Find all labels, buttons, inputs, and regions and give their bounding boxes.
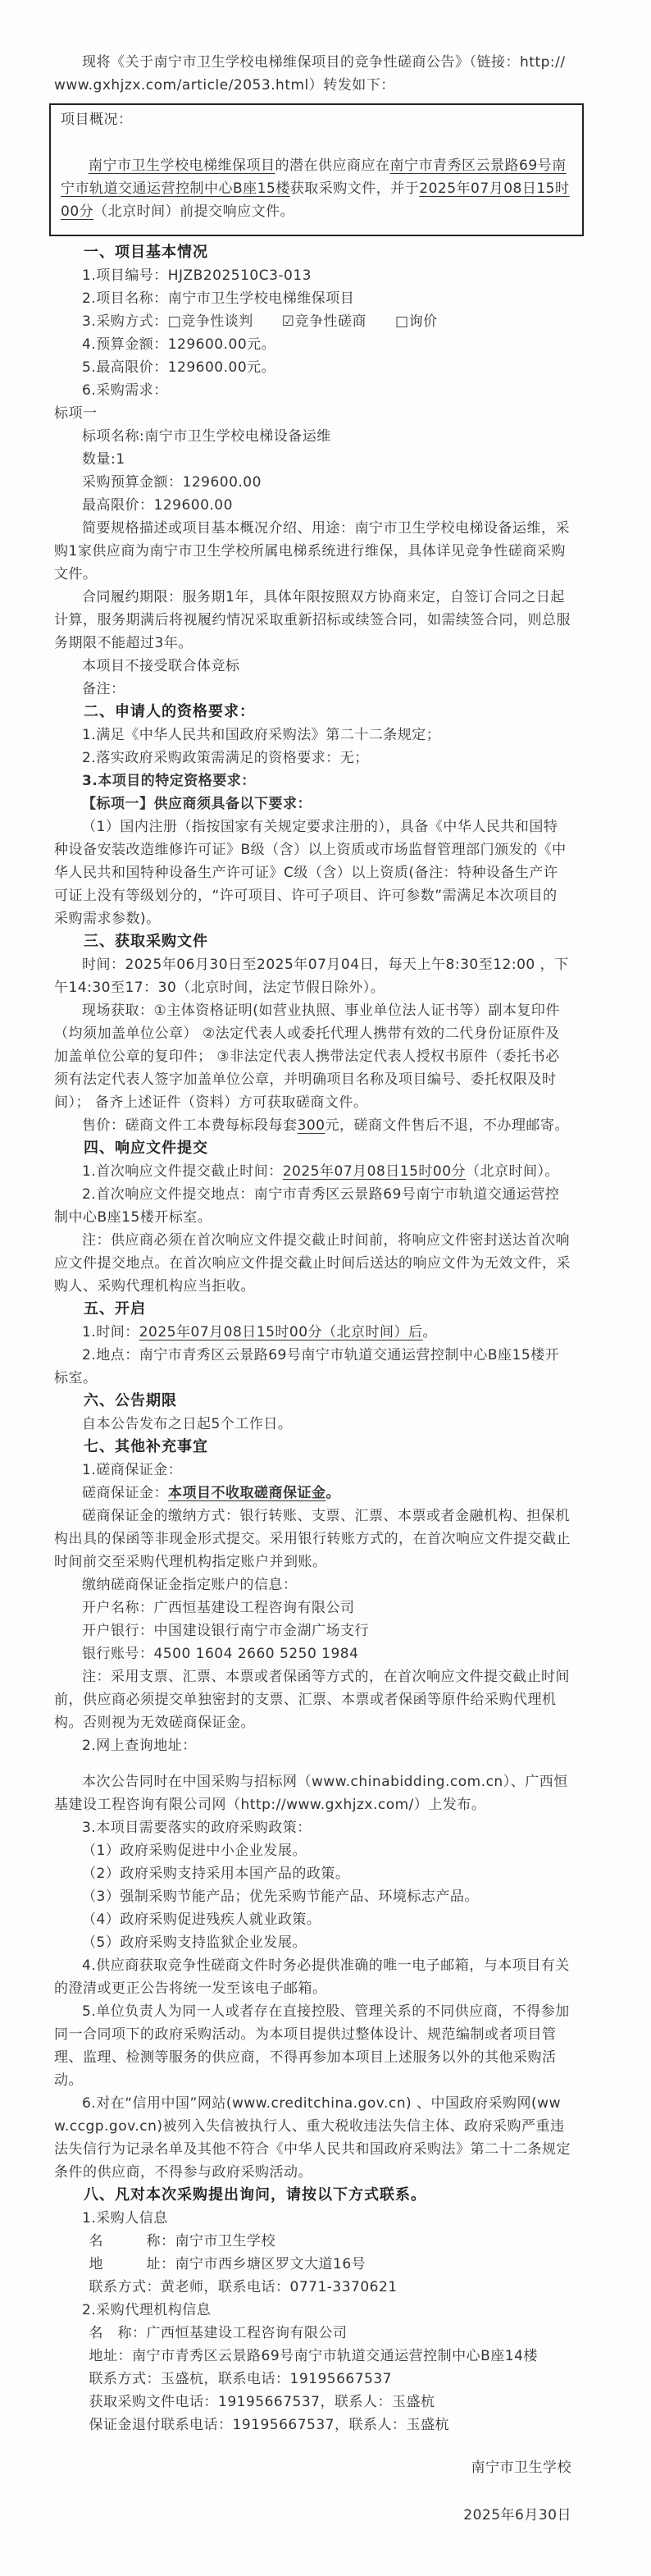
text-run: 本项目不接受联合体竞标 bbox=[82, 658, 240, 674]
procurement-demand-label: 6.采购需求： bbox=[54, 379, 571, 402]
deposit-label: 1.磋商保证金： bbox=[54, 1459, 571, 1482]
project-overview-box: 项目概况：南宁市卫生学校电梯维保项目的潜在供应商应在南宁市青秀区云景路69号南宁… bbox=[49, 103, 584, 236]
text-run: 联系方式：黄老师，联系电话：0771-3370621 bbox=[89, 2279, 398, 2295]
document-price: 售价：磋商文件工本费每标段每套300元，磋商文件售后不退，不办理邮寄。 bbox=[54, 1114, 571, 1137]
text-run: 一、项目基本情况 bbox=[84, 244, 208, 261]
text-run: 开户银行：中国建设银行南宁市金湖广场支行 bbox=[82, 1623, 369, 1639]
email-note: 4.供应商获取竞争性磋商文件时务必提供准确的唯一电子邮箱，与本项目有关的澄清或更… bbox=[54, 1954, 571, 2000]
contract-term: 合同履约期限：服务期1年，具体年限按照双方协商来定，自签订合同之日起计算，服务期… bbox=[54, 586, 571, 655]
text-run: （1）国内注册（指按国家有关规定要求注册的），具备《中华人民共和国特种设备安装改… bbox=[54, 819, 567, 927]
text-run: 项目概况： bbox=[61, 112, 133, 128]
text-run: 银行账号：4500 1604 2660 5250 1984 bbox=[82, 1646, 358, 1662]
policy-3: （3）强制采购节能产品；优先采购节能产品、环境标志产品。 bbox=[54, 1885, 571, 1908]
text-run: 1.磋商保证金： bbox=[82, 1462, 182, 1478]
overview-paragraph: 南宁市卫生学校电梯维保项目的潜在供应商应在南宁市青秀区云景路69号南宁市轨道交通… bbox=[61, 154, 574, 223]
purchaser-name: 名 称：南宁市卫生学校 bbox=[54, 2230, 571, 2253]
section-8-heading: 八、凡对本次采购提出询问，请按以下方式联系。 bbox=[54, 2184, 571, 2207]
text-run: 备注： bbox=[82, 681, 125, 697]
text-run: 5.最高限价：129600.00元。 bbox=[82, 359, 275, 376]
text-run: 三、获取采购文件 bbox=[84, 933, 208, 950]
text-run: 竞争性谈判 bbox=[181, 313, 282, 330]
publish-websites: 本次公告同时在中国采购与招标网（www.chinabidding.com.cn）… bbox=[54, 1770, 571, 1816]
text-run: 现场获取：①主体资格证明(如营业执照、事业单位法人证书等）副本复印件（均须加盖单… bbox=[54, 1003, 560, 1111]
text-run: 标项一 bbox=[54, 405, 98, 422]
max-price: 5.最高限价：129600.00元。 bbox=[54, 356, 571, 379]
text-run: 时间：2025年06月30日至2025年07月04日，每天上午8:30至12:0… bbox=[54, 957, 569, 996]
account-bank: 开户银行：中国建设银行南宁市金湖广场支行 bbox=[54, 1619, 571, 1642]
purchaser-contact: 联系方式：黄老师，联系电话：0771-3370621 bbox=[54, 2276, 571, 2299]
text-run: 2025年07月08日15时00分（北京时间）后 bbox=[139, 1324, 423, 1341]
text-run: 2.首次响应文件提交地点：南宁市青秀区云景路69号南宁市轨道交通运营控制中心B座… bbox=[54, 1186, 559, 1226]
text-run: （北京时间）前提交响应文件。 bbox=[93, 203, 294, 220]
project-name: 2.项目名称：南宁市卫生学校电梯维保项目 bbox=[54, 287, 571, 310]
text-run: 5.单位负责人为同一人或者存在直接控股、管理关系的不同供应商，不得参加同一合同项… bbox=[54, 2003, 570, 2089]
remark-label: 备注： bbox=[54, 678, 571, 701]
lot-1-requirement-heading: 【标项一】供应商须具备以下要求： bbox=[54, 792, 571, 815]
text-run: 1.满足《中华人民共和国政府采购法》第二十二条规定； bbox=[82, 727, 440, 743]
text-run: 南宁市卫生学校 bbox=[471, 2460, 572, 2476]
document-obtain-phone: 获取采购文件电话：19195667537，联系人：玉盛杭 bbox=[54, 2391, 571, 2414]
text-run: 现将《关于南宁市卫生学校电梯维保项目的竞争性磋商公告》（链接：http://ww… bbox=[54, 54, 566, 94]
project-number: 1.项目编号：HJZB202510C3-013 bbox=[54, 264, 571, 287]
policy-label: 3.本项目需要落实的政府采购政策： bbox=[54, 1816, 571, 1839]
text-run: 采购预算金额：129600.00 bbox=[82, 474, 262, 491]
text-run: 八、凡对本次采购提出询问，请按以下方式联系。 bbox=[84, 2186, 426, 2204]
section-4-heading: 四、响应文件提交 bbox=[54, 1137, 571, 1160]
text-run: 自本公告发布之日起5个工作日。 bbox=[82, 1416, 292, 1432]
lot-1-budget: 采购预算金额：129600.00 bbox=[54, 471, 571, 494]
budget-amount: 4.预算金额：129600.00元。 bbox=[54, 333, 571, 356]
text-run: 2025年6月30日 bbox=[463, 2507, 571, 2523]
text-run: 合同履约期限：服务期1年，具体年限按照双方协商来定，自签订合同之日起计算，服务期… bbox=[54, 589, 571, 651]
credit-china-note: 6.对在“信用中国”网站(www.creditchina.gov.cn) 、中国… bbox=[54, 2092, 571, 2184]
lot-1-name: 标项名称:南宁市卫生学校电梯设备运维 bbox=[54, 425, 571, 448]
issuer-signature: 南宁市卫生学校 bbox=[54, 2456, 571, 2479]
text-run: 联系方式：玉盛杭，联系电话：19195667537 bbox=[89, 2371, 392, 2387]
agency-name: 名 称：广西恒基建设工程咨询有限公司 bbox=[54, 2322, 571, 2345]
announcement-period: 自本公告发布之日起5个工作日。 bbox=[54, 1413, 571, 1436]
purchaser-info-label: 1.采购人信息 bbox=[54, 2207, 571, 2230]
purchaser-address: 地 址：南宁市西乡塘区罗文大道16号 bbox=[54, 2253, 571, 2276]
text-run: （1）政府采购促进中小企业发展。 bbox=[82, 1843, 307, 1859]
text-run: 二、申请人的资格要求： bbox=[84, 703, 255, 720]
checkbox-consultation-checked: ☑ bbox=[282, 313, 295, 330]
text-run: 缴纳磋商保证金指定账户的信息： bbox=[82, 1577, 298, 1593]
spacer-before-date bbox=[54, 2479, 571, 2504]
lot-1-requirement-detail: （1）国内注册（指按国家有关规定要求注册的），具备《中华人民共和国特种设备安装改… bbox=[54, 815, 571, 930]
lot-1-description: 简要规格描述或项目基本概况介绍、用途：南宁市卫生学校电梯设备运维，采购1家供应商… bbox=[54, 517, 571, 586]
submission-note: 注：供应商必须在首次响应文件提交截止时间前，将响应文件密封送达首次响应文件提交地… bbox=[54, 1229, 571, 1298]
text-run: 最高限价：129600.00 bbox=[82, 497, 233, 514]
deposit-note: 注：采用支票、汇票、本票或者保函等方式的，在首次响应文件提交截止时间前，供应商必… bbox=[54, 1665, 571, 1734]
section-1-heading: 一、项目基本情况 bbox=[54, 241, 571, 264]
policy-2: （2）政府采购支持采用本国产品的政策。 bbox=[54, 1862, 571, 1885]
qualification-2: 2.落实政府采购政策需满足的资格要求：无； bbox=[54, 747, 571, 770]
deposit-refund-phone: 保证金退付联系电话：19195667537，联系人：玉盛杭 bbox=[54, 2414, 571, 2437]
deposit-statement: 磋商保证金：本项目不收取磋商保证金。 bbox=[54, 1482, 571, 1505]
policy-1: （1）政府采购促进中小企业发展。 bbox=[54, 1839, 571, 1862]
opening-place: 2.地点：南宁市青秀区云景路69号南宁市轨道交通运营控制中心B座15楼开标室。 bbox=[54, 1344, 571, 1390]
text-run: 七、其他补充事宜 bbox=[84, 1438, 208, 1455]
online-query-label: 2.网上查询地址： bbox=[54, 1734, 571, 1757]
agency-address: 地址：南宁市青秀区云景路69号南宁市轨道交通运营控制中心B座14楼 bbox=[54, 2345, 571, 2368]
text-run: 开户名称：广西恒基建设工程咨询有限公司 bbox=[82, 1600, 355, 1616]
text-run: 注：供应商必须在首次响应文件提交截止时间前，将响应文件密封送达首次响应文件提交地… bbox=[54, 1232, 571, 1295]
text-run: 本次公告同时在中国采购与招标网（www.chinabidding.com.cn）… bbox=[54, 1774, 568, 1813]
section-7-heading: 七、其他补充事宜 bbox=[54, 1436, 571, 1459]
spacer-before-signature bbox=[54, 2437, 571, 2456]
policy-5: （5）政府采购支持监狱企业发展。 bbox=[54, 1931, 571, 1954]
text-run: 2.网上查询地址： bbox=[82, 1738, 197, 1754]
account-name: 开户名称：广西恒基建设工程咨询有限公司 bbox=[54, 1596, 571, 1619]
document-obtain-time: 时间：2025年06月30日至2025年07月04日，每天上午8:30至12:0… bbox=[54, 953, 571, 999]
text-run: 4.预算金额：129600.00元。 bbox=[82, 336, 275, 353]
checkbox-negotiation-unchecked: □ bbox=[168, 313, 182, 330]
text-run: 数量:1 bbox=[82, 451, 125, 468]
lot-1-quantity: 数量:1 bbox=[54, 448, 571, 471]
text-run: 标项名称:南宁市卫生学校电梯设备运维 bbox=[82, 428, 331, 445]
text-run: 磋商保证金的缴纳方式：银行转账、支票、汇票、本票或者金融机构、担保机构出具的保函… bbox=[54, 1508, 571, 1570]
submission-deadline: 1.首次响应文件提交截止时间：2025年07月08日15时00分（北京时间）。 bbox=[54, 1160, 571, 1183]
section-3-heading: 三、获取采购文件 bbox=[54, 930, 571, 953]
text-run: 地址：南宁市青秀区云景路69号南宁市轨道交通运营控制中心B座14楼 bbox=[89, 2348, 538, 2364]
policy-4: （4）政府采购促进残疾人就业政策。 bbox=[54, 1908, 571, 1931]
text-run: 售价：磋商文件工本费每标段每套 bbox=[82, 1117, 298, 1134]
onsite-obtain-requirements: 现场获取：①主体资格证明(如营业执照、事业单位法人证书等）副本复印件（均须加盖单… bbox=[54, 999, 571, 1114]
text-run: 3.采购方式： bbox=[82, 313, 168, 330]
text-run: 本项目不收取磋商保证金 bbox=[168, 1485, 326, 1501]
section-6-heading: 六、公告期限 bbox=[54, 1390, 571, 1413]
text-run: （3）强制采购节能产品；优先采购节能产品、环境标志产品。 bbox=[82, 1889, 479, 1905]
document-body: 现将《关于南宁市卫生学校电梯维保项目的竞争性磋商公告》（链接：http://ww… bbox=[54, 51, 571, 2527]
checkbox-inquiry-unchecked: □ bbox=[395, 313, 409, 330]
spacer-online-query bbox=[54, 1757, 571, 1770]
text-run: 磋商保证金： bbox=[82, 1485, 168, 1501]
issue-date: 2025年6月30日 bbox=[54, 2504, 571, 2527]
text-run: 五、开启 bbox=[84, 1300, 146, 1318]
overview-title: 项目概况： bbox=[61, 108, 574, 131]
text-run: 6.对在“信用中国”网站(www.creditchina.gov.cn) 、中国… bbox=[54, 2095, 571, 2181]
agency-info-label: 2.采购代理机构信息 bbox=[54, 2299, 571, 2322]
deposit-payment-method: 磋商保证金的缴纳方式：银行转账、支票、汇票、本票或者金融机构、担保机构出具的保函… bbox=[54, 1505, 571, 1573]
section-5-heading: 五、开启 bbox=[54, 1298, 571, 1321]
text-run: 1.首次响应文件提交截止时间： bbox=[82, 1163, 283, 1180]
overview-spacer bbox=[61, 131, 574, 154]
account-number: 银行账号：4500 1604 2660 5250 1984 bbox=[54, 1642, 571, 1665]
text-run: 2.落实政府采购政策需满足的资格要求：无； bbox=[82, 750, 369, 766]
lot-1-label: 标项一 bbox=[54, 402, 571, 425]
text-run: 地 址：南宁市西乡塘区罗文大道16号 bbox=[89, 2256, 366, 2272]
text-run: 竞争性磋商 bbox=[295, 313, 396, 330]
text-run: 保证金退付联系电话：19195667537，联系人：玉盛杭 bbox=[89, 2417, 449, 2433]
text-run: 获取采购文件电话：19195667537，联系人：玉盛杭 bbox=[89, 2394, 435, 2410]
text-run: 3.本项目的特定资格要求： bbox=[82, 773, 256, 789]
text-run: （2）政府采购支持采用本国产品的政策。 bbox=[82, 1866, 349, 1882]
text-run: 【标项一】供应商须具备以下要求： bbox=[82, 796, 312, 812]
submission-place: 2.首次响应文件提交地点：南宁市青秀区云景路69号南宁市轨道交通运营控制中心B座… bbox=[54, 1183, 571, 1229]
text-run: 元，磋商文件售后不退，不办理邮寄。 bbox=[325, 1117, 569, 1134]
text-run: 4.供应商获取竞争性磋商文件时务必提供准确的唯一电子邮箱，与本项目有关的澄清或更… bbox=[54, 1957, 570, 1997]
text-run: 2.项目名称：南宁市卫生学校电梯维保项目 bbox=[82, 290, 354, 307]
text-run: 1.采购人信息 bbox=[82, 2210, 168, 2227]
text-run: 1.时间： bbox=[82, 1324, 139, 1341]
qualification-1: 1.满足《中华人民共和国政府采购法》第二十二条规定； bbox=[54, 724, 571, 747]
qualification-3-label: 3.本项目的特定资格要求： bbox=[54, 770, 571, 792]
text-run: 2.地点：南宁市青秀区云景路69号南宁市轨道交通运营控制中心B座15楼开标室。 bbox=[54, 1347, 559, 1386]
account-info-label: 缴纳磋商保证金指定账户的信息： bbox=[54, 1573, 571, 1596]
text-run: 2.采购代理机构信息 bbox=[82, 2302, 211, 2318]
text-run: 300 bbox=[298, 1117, 325, 1134]
procurement-method: 3.采购方式：□竞争性谈判 ☑竞争性磋商 □询价 bbox=[54, 310, 571, 333]
text-run: 获取采购文件，并于 bbox=[290, 180, 420, 197]
text-run: 注：采用支票、汇票、本票或者保函等方式的，在首次响应文件提交截止时间前，供应商必… bbox=[54, 1669, 570, 1731]
text-run: 名 称：广西恒基建设工程咨询有限公司 bbox=[89, 2325, 348, 2341]
lot-1-max-price: 最高限价：129600.00 bbox=[54, 494, 571, 517]
text-run: 。 bbox=[326, 1485, 341, 1501]
text-run: 名 称：南宁市卫生学校 bbox=[89, 2233, 276, 2249]
text-run: （5）政府采购支持监狱企业发展。 bbox=[82, 1934, 307, 1951]
agency-contact: 联系方式：玉盛杭，联系电话：19195667537 bbox=[54, 2368, 571, 2391]
section-2-heading: 二、申请人的资格要求： bbox=[54, 701, 571, 724]
text-run: 六、公告期限 bbox=[84, 1392, 177, 1409]
text-run: 的潜在供应商应在 bbox=[275, 158, 390, 174]
forward-intro: 现将《关于南宁市卫生学校电梯维保项目的竞争性磋商公告》（链接：http://ww… bbox=[54, 51, 571, 97]
text-run: 3.本项目需要落实的政府采购政策： bbox=[82, 1820, 312, 1836]
text-run: 简要规格描述或项目基本概况介绍、用途：南宁市卫生学校电梯设备运维，采购1家供应商… bbox=[54, 520, 570, 582]
text-run: 6.采购需求： bbox=[82, 382, 168, 399]
text-run: 四、响应文件提交 bbox=[84, 1140, 208, 1157]
text-run: 南宁市卫生学校电梯维保项目 bbox=[89, 158, 275, 174]
no-consortium-note: 本项目不接受联合体竞标 bbox=[54, 655, 571, 678]
document-page: 现将《关于南宁市卫生学校电梯维保项目的竞争性磋商公告》（链接：http://ww… bbox=[0, 0, 651, 2576]
text-run: （北京时间）。 bbox=[466, 1163, 559, 1180]
text-run: （4）政府采购促进残疾人就业政策。 bbox=[82, 1911, 321, 1928]
text-run: 询价 bbox=[409, 313, 438, 330]
text-run: 2025年07月08日15时00分 bbox=[283, 1163, 466, 1180]
conflict-note: 5.单位负责人为同一人或者存在直接控股、管理关系的不同供应商，不得参加同一合同项… bbox=[54, 2000, 571, 2092]
text-run: 1.项目编号：HJZB202510C3-013 bbox=[82, 267, 312, 284]
text-run: 。 bbox=[423, 1324, 438, 1341]
opening-time: 1.时间：2025年07月08日15时00分（北京时间）后。 bbox=[54, 1321, 571, 1344]
